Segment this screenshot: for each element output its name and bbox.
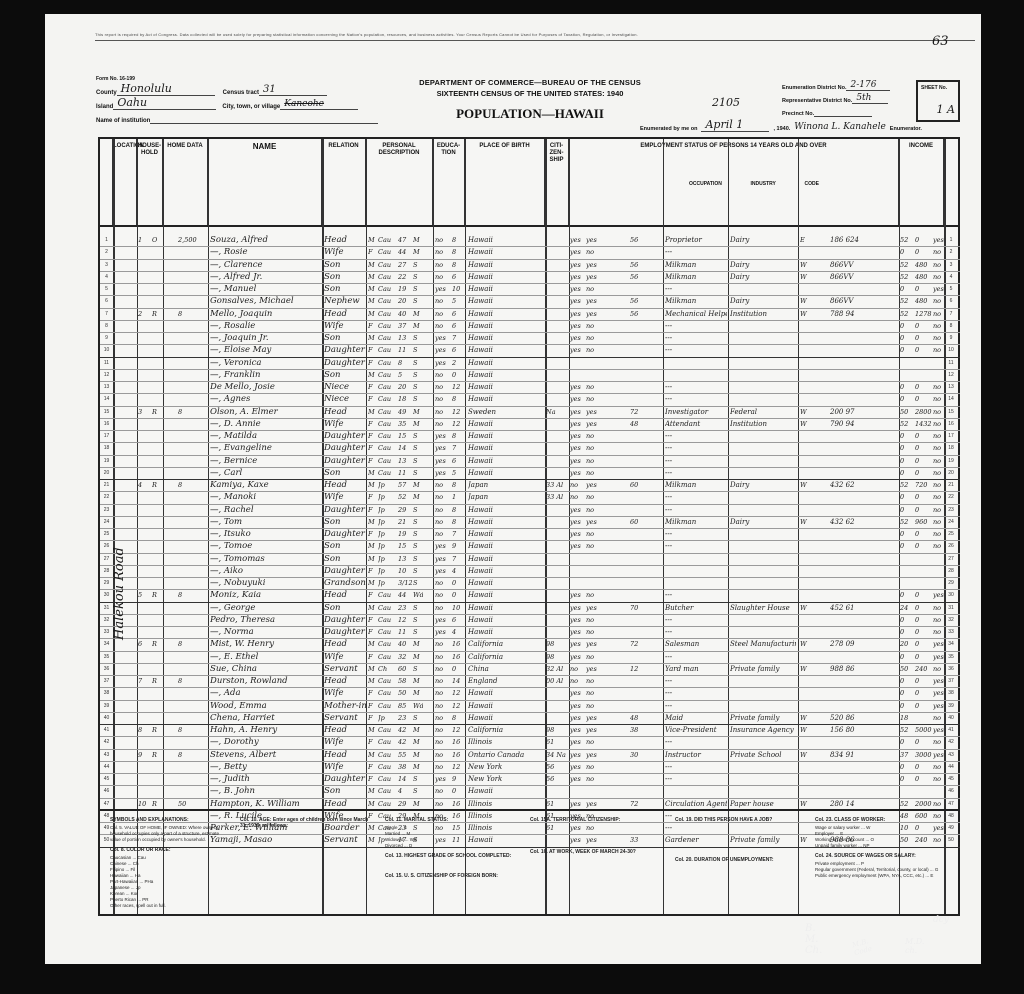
cell-ind xyxy=(730,566,796,577)
cell-ind: Federal xyxy=(730,407,796,418)
cell-bp: Hawaii xyxy=(468,296,544,307)
cell-hrs xyxy=(630,284,646,295)
cell-name: Souza, Alfred xyxy=(210,235,322,246)
cell-wage: 240 xyxy=(915,664,933,675)
cell-rel: Wife xyxy=(324,688,366,699)
cell-wage: 0 xyxy=(915,774,933,785)
cell-rel: Nephew xyxy=(324,296,366,307)
cell-own xyxy=(152,652,162,663)
cell-val xyxy=(178,701,208,712)
cell-race: Cau xyxy=(378,296,394,307)
cell-work: yes xyxy=(570,296,584,307)
cell-work: yes xyxy=(570,799,584,810)
cell-occ: --- xyxy=(665,590,727,601)
cell-ms: S xyxy=(413,394,423,405)
cell-code xyxy=(830,701,878,712)
cell-work: yes xyxy=(570,750,584,761)
cell-wage: 720 xyxy=(915,480,933,491)
cell-own xyxy=(152,786,162,797)
cell-bp: Hawaii xyxy=(468,358,544,369)
sheet-number-box: SHEET No. 1 A xyxy=(916,80,960,122)
cell-name: —, Joaquin Jr. xyxy=(210,333,322,344)
cell-rel: Head xyxy=(324,407,366,418)
cell-rel: Grandson xyxy=(324,578,366,589)
cell-own xyxy=(152,627,162,638)
cell-ind xyxy=(730,688,796,699)
cell-race: Cau xyxy=(378,701,394,712)
cell-hrs xyxy=(630,701,646,712)
cell-sch: yes xyxy=(435,774,449,785)
cell-wage: 960 xyxy=(915,517,933,528)
cell-code xyxy=(830,456,878,467)
cell-ind xyxy=(730,529,796,540)
cell-other: no xyxy=(933,603,944,614)
cell-ind xyxy=(730,394,796,405)
table-row: 35—, E. EthelWifeFCau32Mno16California98… xyxy=(100,652,960,664)
cell-line: 10 xyxy=(944,345,958,356)
cell-sex: F xyxy=(368,345,376,356)
cell-own xyxy=(152,664,162,675)
cell-wks: 0 xyxy=(900,284,912,295)
cell-own: R xyxy=(152,407,162,418)
cell-wks: 0 xyxy=(900,774,912,785)
cell-sch: no xyxy=(435,321,449,332)
cell-seek xyxy=(586,370,600,381)
cell-name: —, B. John xyxy=(210,786,322,797)
cell-sex: M xyxy=(368,284,376,295)
cell-line: 24 xyxy=(100,517,113,528)
cell-sex: M xyxy=(368,639,376,650)
cell-cls xyxy=(800,774,812,785)
cell-ms: M xyxy=(413,247,423,258)
cell-race: Cau xyxy=(378,370,394,381)
cell-seek xyxy=(586,358,600,369)
cell-sch: no xyxy=(435,505,449,516)
cell-wage: 2800 xyxy=(915,407,933,418)
cell-hh xyxy=(138,737,150,748)
cell-wks: 52 xyxy=(900,235,912,246)
cell-line: 5 xyxy=(100,284,113,295)
cell-occ: Milkman xyxy=(665,517,727,528)
cell-ms: S xyxy=(413,615,423,626)
cell-own xyxy=(152,541,162,552)
cell-seek: no xyxy=(586,701,600,712)
cell-work xyxy=(570,370,584,381)
cell-seek: no xyxy=(586,345,600,356)
cell-hrs: 60 xyxy=(630,517,646,528)
cell-sex: F xyxy=(368,652,376,663)
cell-gr: 12 xyxy=(452,725,464,736)
cell-sex: M xyxy=(368,750,376,761)
sheet-label: SHEET No. xyxy=(918,82,958,94)
cell-cit xyxy=(546,603,568,614)
cell-cls xyxy=(800,345,812,356)
cell-cit xyxy=(546,345,568,356)
cell-occ: --- xyxy=(665,492,727,503)
cell-ms: M xyxy=(413,762,423,773)
cell-line: 42 xyxy=(100,737,113,748)
cell-line: 34 xyxy=(944,639,958,650)
cell-sex: M xyxy=(368,333,376,344)
cell-gr: 1 xyxy=(452,492,464,503)
cell-rel: Son xyxy=(324,272,366,283)
cell-other: no xyxy=(933,627,944,638)
cell-age: 23 xyxy=(398,713,412,724)
cell-other: no xyxy=(933,247,944,258)
cell-sch: no xyxy=(435,676,449,687)
cell-hrs: 72 xyxy=(630,407,646,418)
cell-rel: Wife xyxy=(324,762,366,773)
cell-bp: Hawaii xyxy=(468,529,544,540)
cell-wage xyxy=(915,578,933,589)
cell-hrs xyxy=(630,737,646,748)
cell-age: 40 xyxy=(398,639,412,650)
cell-gr: 8 xyxy=(452,431,464,442)
cell-hrs xyxy=(630,358,646,369)
cell-val xyxy=(178,713,208,724)
cell-rel: Daughter xyxy=(324,529,366,540)
cell-hh: 9 xyxy=(138,750,150,761)
cell-gr: 4 xyxy=(452,627,464,638)
cell-wks: 52 xyxy=(900,309,912,320)
cell-work: yes xyxy=(570,762,584,773)
cell-cls xyxy=(800,762,812,773)
cell-line: 30 xyxy=(944,590,958,601)
cell-bp: Hawaii xyxy=(468,603,544,614)
cell-work xyxy=(570,566,584,577)
cell-line: 39 xyxy=(100,701,113,712)
cell-hh xyxy=(138,713,150,724)
cell-wks: 52 xyxy=(900,260,912,271)
cell-code: 866VV xyxy=(830,260,878,271)
cell-ms: S xyxy=(413,578,423,589)
cell-hh xyxy=(138,333,150,344)
cell-bp: Hawaii xyxy=(468,688,544,699)
cell-bp: Illinois xyxy=(468,799,544,810)
cell-work: yes xyxy=(570,615,584,626)
cell-bp: Hawaii xyxy=(468,419,544,430)
cell-cls: W xyxy=(800,639,812,650)
cell-cls xyxy=(800,627,812,638)
cell-race: Jp xyxy=(378,713,394,724)
cell-age: 50 xyxy=(398,688,412,699)
cell-cls xyxy=(800,468,812,479)
cell-age: 13 xyxy=(398,456,412,467)
cell-hrs xyxy=(630,456,646,467)
cell-rel: Servant xyxy=(324,713,366,724)
cell-seek: yes xyxy=(586,639,600,650)
cell-name: Durston, Rowland xyxy=(210,676,322,687)
cell-name: —, Tomoe xyxy=(210,541,322,552)
cell-line: 8 xyxy=(100,321,113,332)
cell-line: 18 xyxy=(944,443,958,454)
cell-race: Cau xyxy=(378,431,394,442)
cell-ms: S xyxy=(413,468,423,479)
cell-sex: M xyxy=(368,407,376,418)
cell-line: 17 xyxy=(944,431,958,442)
cell-cit: 98 xyxy=(546,652,568,663)
cell-sch: yes xyxy=(435,468,449,479)
cell-bp: Hawaii xyxy=(468,786,544,797)
cell-seek: no xyxy=(586,652,600,663)
cell-sex: M xyxy=(368,676,376,687)
cell-bp: Hawaii xyxy=(468,345,544,356)
classes-item: Unpaid family worker ... NP xyxy=(815,843,950,849)
cell-hh xyxy=(138,419,150,430)
cell-other: no xyxy=(933,443,944,454)
header-location: Form No. 16-199 County Honolulu Census t… xyxy=(96,74,396,124)
cell-line: 6 xyxy=(100,296,113,307)
cell-cls xyxy=(800,541,812,552)
table-row: 10—, Eloise MayDaughterFCau11Syes6Hawaii… xyxy=(100,345,960,357)
margin-note-3: M.D. ch. xyxy=(905,937,924,955)
cell-hh xyxy=(138,762,150,773)
cell-age: 15 xyxy=(398,541,412,552)
cell-hrs: 38 xyxy=(630,725,646,736)
cell-bp: Sweden xyxy=(468,407,544,418)
cell-sch: no xyxy=(435,786,449,797)
cell-cit xyxy=(546,541,568,552)
cell-other: no xyxy=(933,799,944,810)
cell-occ xyxy=(665,786,727,797)
cell-hrs xyxy=(630,786,646,797)
cell-gr: 0 xyxy=(452,786,464,797)
cell-seek: yes xyxy=(586,260,600,271)
cell-own xyxy=(152,284,162,295)
cell-hh xyxy=(138,260,150,271)
cell-name: —, Agnes xyxy=(210,394,322,405)
cell-wage: 0 xyxy=(915,639,933,650)
cell-race: Jp xyxy=(378,529,394,540)
cell-sex: M xyxy=(368,468,376,479)
cell-ms: M xyxy=(413,652,423,663)
cell-race: Cau xyxy=(378,394,394,405)
cell-name: —, Bernice xyxy=(210,456,322,467)
cell-hrs: 56 xyxy=(630,272,646,283)
cell-line: 25 xyxy=(100,529,113,540)
cell-sch: yes xyxy=(435,284,449,295)
cell-val xyxy=(178,394,208,405)
cell-own xyxy=(152,431,162,442)
cell-own xyxy=(152,443,162,454)
cell-seek xyxy=(586,786,600,797)
street-name: Halekou Road xyxy=(112,547,127,640)
cell-other: no xyxy=(933,260,944,271)
cell-race: Cau xyxy=(378,456,394,467)
cell-gr: 10 xyxy=(452,603,464,614)
cell-hrs: 60 xyxy=(630,480,646,491)
cell-rel: Daughter xyxy=(324,431,366,442)
table-row: 42—, DorothyWifeFCau42Mno16Illinois61yes… xyxy=(100,737,960,749)
cell-hh xyxy=(138,578,150,589)
cell-ms: S xyxy=(413,627,423,638)
cell-val xyxy=(178,652,208,663)
cell-wks: 0 xyxy=(900,468,912,479)
cell-wks: 0 xyxy=(900,652,912,663)
cell-age: 38 xyxy=(398,762,412,773)
cell-cls xyxy=(800,554,812,565)
cell-occ: --- xyxy=(665,431,727,442)
cell-work: yes xyxy=(570,590,584,601)
cell-cit xyxy=(546,713,568,724)
cell-val xyxy=(178,260,208,271)
cell-own: R xyxy=(152,676,162,687)
table-row: 24—, TomSonMJp21Sno8Hawaiiyesyes60Milkma… xyxy=(100,517,960,529)
footer-col-6: Col. 23. CLASS OF WORKER: Wage or salary… xyxy=(815,817,950,879)
cell-name: —, Veronica xyxy=(210,358,322,369)
cell-val: 50 xyxy=(178,799,208,810)
cell-cls xyxy=(800,431,812,442)
cell-hh: 1 xyxy=(138,235,150,246)
cell-ms: S xyxy=(413,260,423,271)
cell-work xyxy=(570,786,584,797)
cell-hrs xyxy=(630,247,646,258)
cell-ms: S xyxy=(413,713,423,724)
cell-hh: 2 xyxy=(138,309,150,320)
rep-district-value: 5th xyxy=(852,93,888,104)
cell-code xyxy=(830,529,878,540)
cell-sch: no xyxy=(435,688,449,699)
cell-work: yes xyxy=(570,639,584,650)
cell-cls: E xyxy=(800,235,812,246)
table-row: 2—, RosieWifeFCau44Mno8Hawaiiyesno---00n… xyxy=(100,247,960,259)
cell-ind xyxy=(730,345,796,356)
occ-ind-subheaders: OCCUPATION INDUSTRY CODE xyxy=(689,181,819,188)
cell-age: 42 xyxy=(398,725,412,736)
cell-line: 13 xyxy=(100,382,113,393)
cell-age: 47 xyxy=(398,235,412,246)
cell-gr: 6 xyxy=(452,309,464,320)
cell-name: —, Nobuyuki xyxy=(210,578,322,589)
cell-cit: 61 xyxy=(546,737,568,748)
cell-wks: 0 xyxy=(900,321,912,332)
cell-gr: 12 xyxy=(452,419,464,430)
cell-bp: Hawaii xyxy=(468,578,544,589)
cell-cit xyxy=(546,333,568,344)
top-notice: This report is required by Act of Congre… xyxy=(95,32,975,41)
cell-bp: Hawaii xyxy=(468,590,544,601)
cell-ms: S xyxy=(413,505,423,516)
cell-wks: 0 xyxy=(900,590,912,601)
sheet-number: 1 A xyxy=(937,103,955,116)
cell-hrs xyxy=(630,688,646,699)
cell-rel: Head xyxy=(324,639,366,650)
cell-cit xyxy=(546,247,568,258)
column-headers: LOCATION HOUSE-HOLD HOME DATA NAME RELAT… xyxy=(100,139,960,227)
cell-hrs xyxy=(630,774,646,785)
cell-occ: Maid xyxy=(665,713,727,724)
cell-gr: 8 xyxy=(452,247,464,258)
cell-line: 41 xyxy=(100,725,113,736)
cell-rel: Son xyxy=(324,786,366,797)
cell-val xyxy=(178,517,208,528)
cell-sch: no xyxy=(435,247,449,258)
cell-ms: S xyxy=(413,541,423,552)
cell-own xyxy=(152,615,162,626)
cell-hrs: 56 xyxy=(630,309,646,320)
cell-hh xyxy=(138,529,150,540)
cell-wage xyxy=(915,713,933,724)
cell-val: 8 xyxy=(178,407,208,418)
cell-bp: Hawaii xyxy=(468,431,544,442)
cell-wks xyxy=(900,554,912,565)
cell-cls xyxy=(800,615,812,626)
margin-note-4: dcy xyxy=(933,915,949,925)
cell-sch: no xyxy=(435,480,449,491)
cell-ms: M xyxy=(413,407,423,418)
code-subheader: CODE xyxy=(805,181,819,188)
cell-rel: Head xyxy=(324,590,366,601)
cell-code xyxy=(830,615,878,626)
cell-wage: 0 xyxy=(915,505,933,516)
cell-race: Cau xyxy=(378,407,394,418)
cell-name: —, Tomomas xyxy=(210,554,322,565)
cell-sch: no xyxy=(435,272,449,283)
cell-cit xyxy=(546,517,568,528)
cell-other: no xyxy=(933,407,944,418)
cell-wage: 0 xyxy=(915,627,933,638)
cell-gr: 0 xyxy=(452,370,464,381)
cell-line: 9 xyxy=(100,333,113,344)
cell-line: 21 xyxy=(944,480,958,491)
cell-bp: Japan xyxy=(468,480,544,491)
cell-wage: 0 xyxy=(915,603,933,614)
cell-bp: Hawaii xyxy=(468,321,544,332)
cell-bp: Hawaii xyxy=(468,235,544,246)
table-row: 26—, TomoeSonMJp15Syes9Hawaiiyesno---00n… xyxy=(100,541,960,553)
cell-other xyxy=(933,786,944,797)
table-row: 44—, BettyWifeFCau38Mno12New York56yesno… xyxy=(100,762,960,774)
table-row: 33—, NormaDaughterFCau11Syes4Hawaiiyesno… xyxy=(100,627,960,639)
cell-ind xyxy=(730,676,796,687)
cell-wks: 0 xyxy=(900,615,912,626)
cell-sch: yes xyxy=(435,566,449,577)
cell-line: 44 xyxy=(944,762,958,773)
cell-gr: 6 xyxy=(452,615,464,626)
cell-hh xyxy=(138,296,150,307)
cell-name: —, Tom xyxy=(210,517,322,528)
cell-name: —, Evangeline xyxy=(210,443,322,454)
cell-gr: 12 xyxy=(452,701,464,712)
cell-ind xyxy=(730,786,796,797)
cell-own xyxy=(152,321,162,332)
cell-race: Jp xyxy=(378,480,394,491)
table-row: 28—, AikoDaughterFJp10Syes4Hawaii28 xyxy=(100,566,960,578)
cell-wage: 480 xyxy=(915,260,933,271)
cell-sex: F xyxy=(368,762,376,773)
cell-sex: F xyxy=(368,701,376,712)
enumerated-label: Enumerated by me on xyxy=(640,126,697,132)
cell-line: 19 xyxy=(100,456,113,467)
cell-line: 20 xyxy=(100,468,113,479)
cell-code xyxy=(830,321,878,332)
cell-hh xyxy=(138,456,150,467)
cell-own: R xyxy=(152,480,162,491)
cell-seek: no xyxy=(586,762,600,773)
cell-cit xyxy=(546,505,568,516)
cell-rel: Daughter xyxy=(324,443,366,454)
cell-other: no xyxy=(933,480,944,491)
cell-race: Cau xyxy=(378,603,394,614)
cell-age: 37 xyxy=(398,321,412,332)
cell-age: 42 xyxy=(398,737,412,748)
cell-age: 29 xyxy=(398,505,412,516)
cell-hh xyxy=(138,615,150,626)
cell-hrs xyxy=(630,762,646,773)
cell-val xyxy=(178,382,208,393)
cell-age: 85 xyxy=(398,701,412,712)
cell-other: no xyxy=(933,394,944,405)
